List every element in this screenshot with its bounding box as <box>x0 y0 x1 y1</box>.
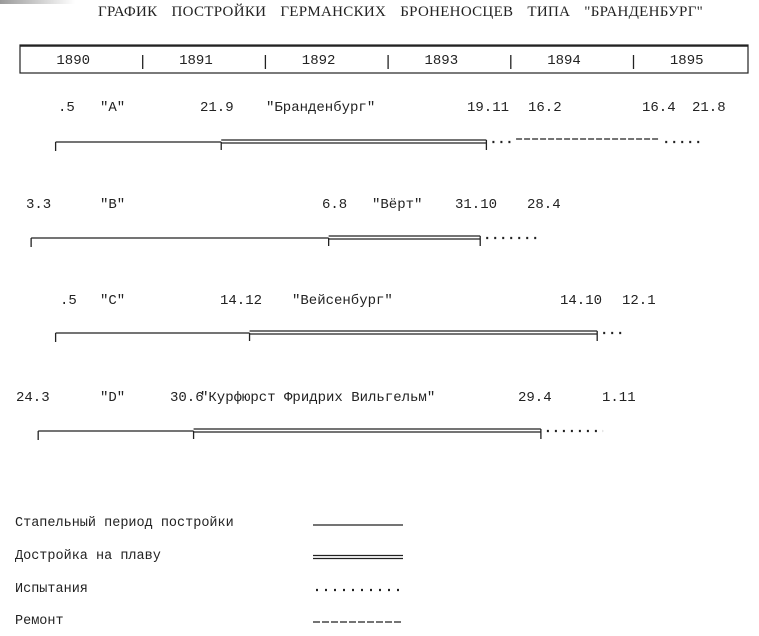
date-label: 21.9 <box>200 100 234 116</box>
year-tick-label: 1891 <box>179 53 213 69</box>
date-label: 16.4 <box>642 100 676 116</box>
legend-label-afloat: Достройка на плаву <box>15 549 161 564</box>
segment-stapel <box>56 333 250 342</box>
ship-name: "Курфюрст Фридрих Вильгельм" <box>200 390 435 406</box>
ship-code: "A" <box>100 100 125 116</box>
segment-stapel <box>56 142 222 151</box>
segment-stapel <box>38 431 193 440</box>
ship-name: "Вейсенбург" <box>292 292 393 309</box>
date-label: 24.3 <box>16 390 50 406</box>
ship-row-d: 24.3"D"30.6"Курфюрст Фридрих Вильгельм"2… <box>16 390 636 440</box>
year-tick-label: 1894 <box>547 53 581 69</box>
date-label: 30.6 <box>170 390 204 406</box>
ship-row-b: 3.3"B"6.8"Вёрт"31.1028.4 <box>26 197 561 247</box>
date-label: 6.8 <box>322 197 347 213</box>
segment-afloat <box>329 236 481 246</box>
year-tick-label: 1892 <box>302 53 336 69</box>
ship-row-a: .5"A"21.9"Бранденбург"19.1116.216.421.8 <box>56 99 726 151</box>
date-label: .5 <box>58 100 75 116</box>
date-label: .5 <box>60 293 77 309</box>
legend-label-trials: Испытания <box>15 582 88 597</box>
date-label: 16.2 <box>528 100 562 116</box>
ship-code: "D" <box>100 390 125 406</box>
date-label: 19.11 <box>467 100 509 116</box>
date-label: 14.10 <box>560 293 602 309</box>
ship-row-c: .5"C"14.12"Вейсенбург"14.1012.1 <box>56 292 656 342</box>
date-label: 1.11 <box>602 390 636 406</box>
ship-name: "Бранденбург" <box>266 99 375 116</box>
segment-afloat <box>250 331 598 341</box>
date-label: 3.3 <box>26 197 51 213</box>
legend <box>313 525 403 622</box>
ship-code: "C" <box>100 293 125 309</box>
date-label: 14.12 <box>220 293 262 309</box>
legend-label-stapel: Стапельный период постройки <box>15 516 234 531</box>
ship-name: "Вёрт" <box>372 197 422 213</box>
date-label: 28.4 <box>527 197 561 213</box>
segment-stapel <box>31 238 329 247</box>
legend-swatch-afloat <box>313 556 403 559</box>
year-tick-label: 1895 <box>670 53 704 69</box>
ship-code: "B" <box>100 197 125 213</box>
year-axis: 189018911892189318941895 <box>20 45 748 73</box>
date-label: 21.8 <box>692 100 726 116</box>
segment-afloat <box>221 140 486 150</box>
date-label: 31.10 <box>455 197 497 213</box>
date-label: 29.4 <box>518 390 552 406</box>
gantt-chart: 189018911892189318941895.5"A"21.9"Бранде… <box>0 0 759 636</box>
legend-label-repair: Ремонт <box>15 614 64 629</box>
year-tick-label: 1890 <box>56 53 90 69</box>
year-tick-label: 1893 <box>425 53 459 69</box>
date-label: 12.1 <box>622 293 656 309</box>
segment-afloat <box>194 429 541 439</box>
